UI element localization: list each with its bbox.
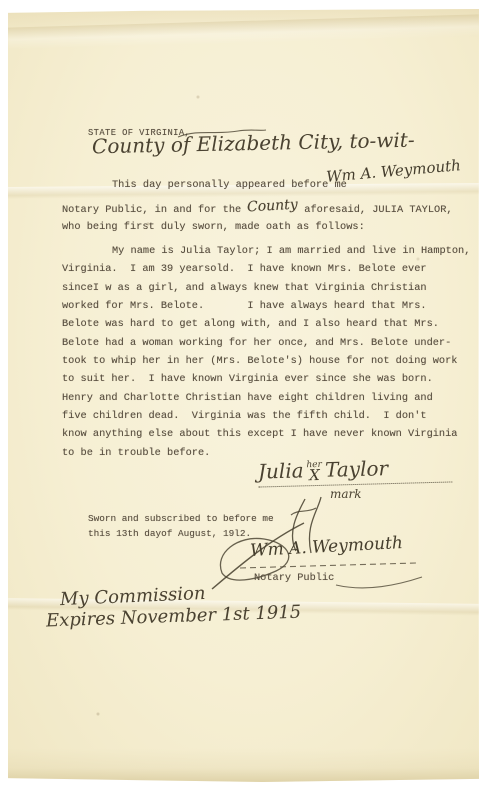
scan-background: STATE OF VIRGINIA, County of Elizabeth C… [0,0,490,800]
body-line: sinceI w as a girl, and always knew that… [62,279,474,297]
affidavit-body: My name is Julia Taylor; I am married an… [62,242,474,462]
notary-name-inline-signature: Wm A. Weymouth [325,156,461,186]
x-mark: X [309,469,320,482]
body-line: know anything else about this except I h… [62,425,474,443]
notary-public-line: Notary Public, in and for the County afo… [62,200,453,216]
signature-first-name: Julia [258,458,304,483]
fold-crease-top [8,14,479,49]
notary-title: Notary Public [254,572,334,584]
notary-line-prefix: Notary Public, in and for the [62,204,247,216]
body-line: Belote had a woman working for her once,… [62,334,474,352]
body-line: five children dead. Virginia was the fif… [62,407,474,425]
notary-signature-block: Wm A. Weymouth Notary Public [208,495,436,599]
county-handwritten-insert: County [247,197,298,216]
appeared-before-line: This day personally appeared before me [112,179,347,191]
body-line: took to whip her in her (Mrs. Belote's) … [62,352,474,370]
body-line: My name is Julia Taylor; I am married an… [62,242,474,260]
julia-taylor-signature: Julia her X Taylor [258,454,453,487]
signature-last-name: Taylor [325,456,389,482]
her-x-mark: her X [306,461,322,482]
notary-line-suffix: aforesaid, JULIA TAYLOR, [298,204,452,216]
body-line: to suit her. I have known Virginia ever … [62,370,474,388]
body-line: worked for Mrs. Belote. I have always he… [62,297,474,315]
sworn-oath-line: who being first duly sworn, made oath as… [62,221,365,233]
affidavit-page: STATE OF VIRGINIA, County of Elizabeth C… [8,9,479,782]
body-line: Belote was hard to get along with, and I… [62,315,474,333]
body-line: Virginia. I am 39 yearsold. I have known… [62,260,474,278]
body-line: Henry and Charlotte Christian have eight… [62,389,474,407]
